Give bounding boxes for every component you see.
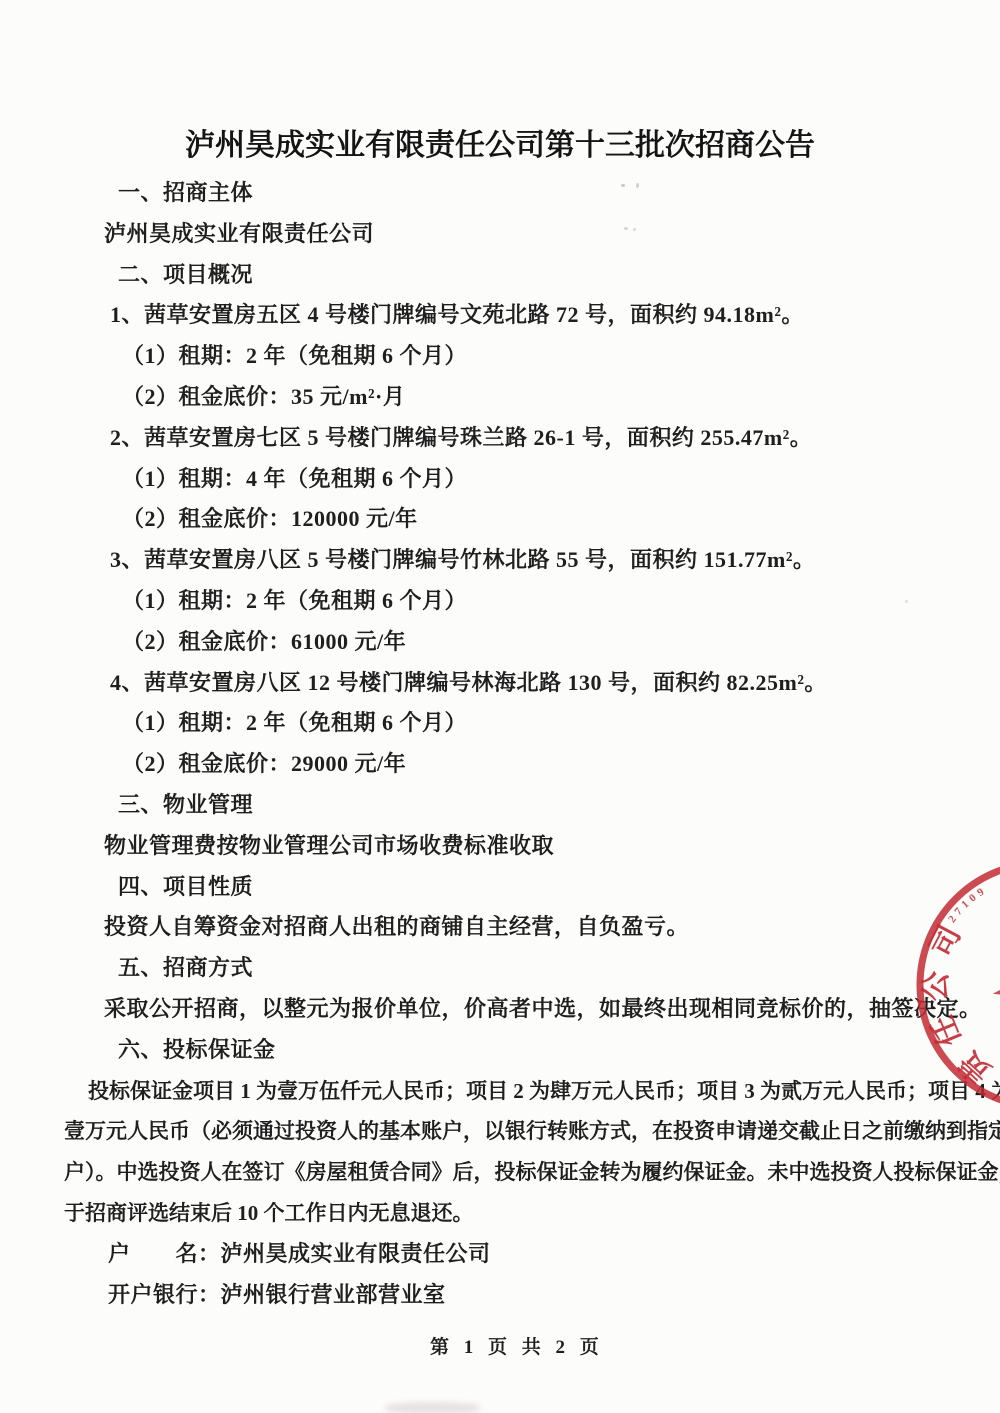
section-heading-1: 一、招商主体: [118, 173, 1000, 214]
scan-speck: [621, 184, 625, 187]
project-2-line: 2、茜草安置房七区 5 号楼门牌编号珠兰路 26-1 号，面积约 255.47m…: [110, 418, 1000, 459]
project-1-line: 1、茜草安置房五区 4 号楼门牌编号文苑北路 72 号，面积约 94.18m²。: [110, 295, 1000, 336]
deposit-paragraph-line-4: 于招商评选结束后 10 个工作日内无息退还。: [64, 1193, 1000, 1234]
project-4-term-line: （1）租期：2 年（免租期 6 个月）: [122, 703, 1000, 744]
project-4-line: 4、茜草安置房八区 12 号楼门牌编号林海北路 130 号，面积约 82.25m…: [110, 663, 1000, 704]
bidding-method-line: 采取公开招商，以整元为报价单位，价高者中选，如最终出现相同竞标价的，抽签决定。: [104, 989, 1000, 1030]
scan-speck: [905, 600, 908, 603]
document-body: 一、招商主体 泸州昊成实业有限责任公司 二、项目概况 1、茜草安置房五区 4 号…: [0, 173, 1000, 1315]
deposit-paragraph-line-3: 户）。中选投资人在签订《房屋租赁合同》后，投标保证金转为履约保证金。未中选投资人…: [64, 1152, 1000, 1193]
deposit-paragraph-line-2: 壹万元人民币（必须通过投资人的基本账户，以银行转账方式，在投资申请递交截止日之前…: [64, 1111, 1000, 1152]
project-nature-line: 投资人自筹资金对招商人出租的商铺自主经营，自负盈亏。: [104, 907, 1000, 948]
project-3-price-line: （2）租金底价：61000 元/年: [122, 622, 1000, 663]
company-name-line: 泸州昊成实业有限责任公司: [104, 214, 1000, 255]
project-4-price-line: （2）租金底价：29000 元/年: [122, 744, 1000, 785]
page-number: 第 1 页 共 2 页: [430, 1332, 604, 1359]
deposit-paragraph-line-1: 投标保证金项目 1 为壹万伍仟元人民币；项目 2 为肆万元人民币；项目 3 为贰…: [88, 1071, 1000, 1112]
scan-speck: [633, 228, 636, 231]
section-heading-5: 五、招商方式: [118, 948, 1000, 989]
project-2-price-line: （2）租金底价：120000 元/年: [122, 499, 1000, 540]
project-3-term-line: （1）租期：2 年（免租期 6 个月）: [122, 581, 1000, 622]
project-2-term-line: （1）租期：4 年（免租期 6 个月）: [122, 459, 1000, 500]
scan-smudge: [385, 1402, 480, 1413]
project-3-line: 3、茜草安置房八区 5 号楼门牌编号竹林北路 55 号，面积约 151.77m²…: [110, 540, 1000, 581]
section-heading-2: 二、项目概况: [118, 255, 1000, 296]
property-mgmt-line: 物业管理费按物业管理公司市场收费标准收取: [104, 826, 1000, 867]
section-heading-3: 三、物业管理: [118, 785, 1000, 826]
project-1-term-line: （1）租期：2 年（免租期 6 个月）: [122, 336, 1000, 377]
project-1-price-line: （2）租金底价：35 元/m²·月: [122, 377, 1000, 418]
document-page: 泸州昊成实业有限责任公司第十三批次招商公告 一、招商主体 泸州昊成实业有限责任公…: [0, 0, 1000, 1413]
account-name-line: 户 名：泸州昊成实业有限责任公司: [108, 1234, 1000, 1275]
seal-star-icon: [993, 946, 1000, 1028]
scan-speck: [624, 227, 628, 230]
scan-speck: [636, 183, 639, 188]
page-title: 泸州昊成实业有限责任公司第十三批次招商公告: [0, 120, 1000, 164]
section-heading-6: 六、投标保证金: [118, 1030, 1000, 1071]
section-heading-4: 四、项目性质: [118, 867, 1000, 908]
company-seal: 限责任公司 27109: [900, 845, 1000, 1135]
bank-name-line: 开户银行：泸州银行营业部营业室: [108, 1275, 1000, 1316]
